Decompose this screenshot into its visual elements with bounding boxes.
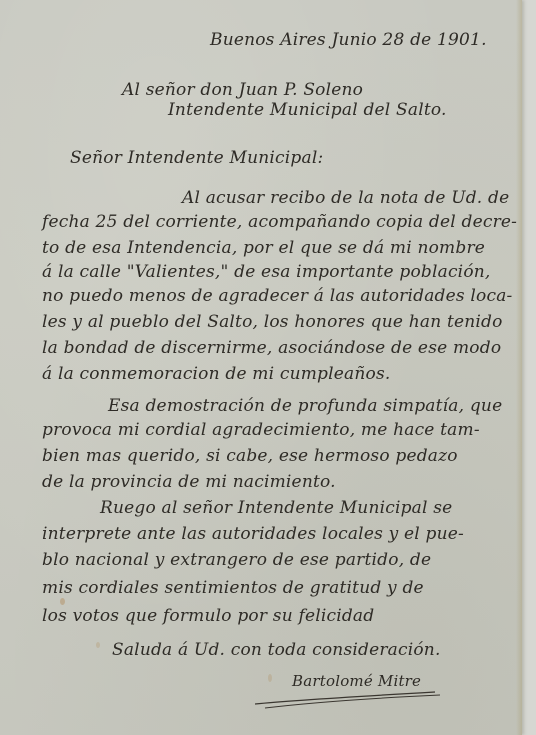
ink-stain: [268, 674, 272, 682]
body-line: les y al pueblo del Salto, los honores q…: [42, 312, 503, 332]
body-line: Ruego al señor Intendente Municipal se: [100, 498, 452, 518]
body-line: los votos que formulo por su felicidad: [42, 606, 374, 626]
body-line: interprete ante las autoridades locales …: [42, 524, 464, 544]
ink-stain: [96, 642, 100, 648]
body-line: de la provincia de mi nacimiento.: [42, 472, 336, 492]
body-line: Esa demostración de profunda simpatía, q…: [108, 396, 502, 416]
place-date: Buenos Aires Junio 28 de 1901.: [210, 30, 487, 50]
addressee-line-2: Intendente Municipal del Salto.: [168, 100, 447, 120]
body-line: blo nacional y extrangero de ese partido…: [42, 550, 431, 570]
body-line: la bondad de discernirme, asociándose de…: [42, 338, 501, 358]
salutation: Señor Intendente Municipal:: [70, 148, 323, 168]
paper-edge: [516, 0, 522, 735]
body-line: mis cordiales sentimientos de gratitud y…: [42, 578, 424, 598]
body-line: provoca mi cordial agradecimiento, me ha…: [42, 420, 480, 440]
addressee-line-1: Al señor don Juan P. Soleno: [122, 80, 363, 100]
letter-page: Buenos Aires Junio 28 de 1901. Al señor …: [0, 0, 522, 735]
ink-stain: [60, 598, 65, 605]
body-line: Al acusar recibo de la nota de Ud. de: [182, 188, 509, 208]
body-line: á la conmemoracion de mi cumpleaños.: [42, 364, 391, 384]
body-line: fecha 25 del corriente, acompañando copi…: [42, 212, 517, 232]
body-line: to de esa Intendencia, por el que se dá …: [42, 238, 485, 258]
body-line: bien mas querido, si cabe, ese hermoso p…: [42, 446, 458, 466]
body-line: no puedo menos de agradecer á las autori…: [42, 286, 513, 306]
body-line: á la calle "Valientes," de esa important…: [42, 262, 491, 282]
signature-flourish: [255, 690, 445, 710]
closing: Saluda á Ud. con toda consideración.: [112, 640, 441, 660]
signature: Bartolomé Mitre: [292, 672, 421, 690]
